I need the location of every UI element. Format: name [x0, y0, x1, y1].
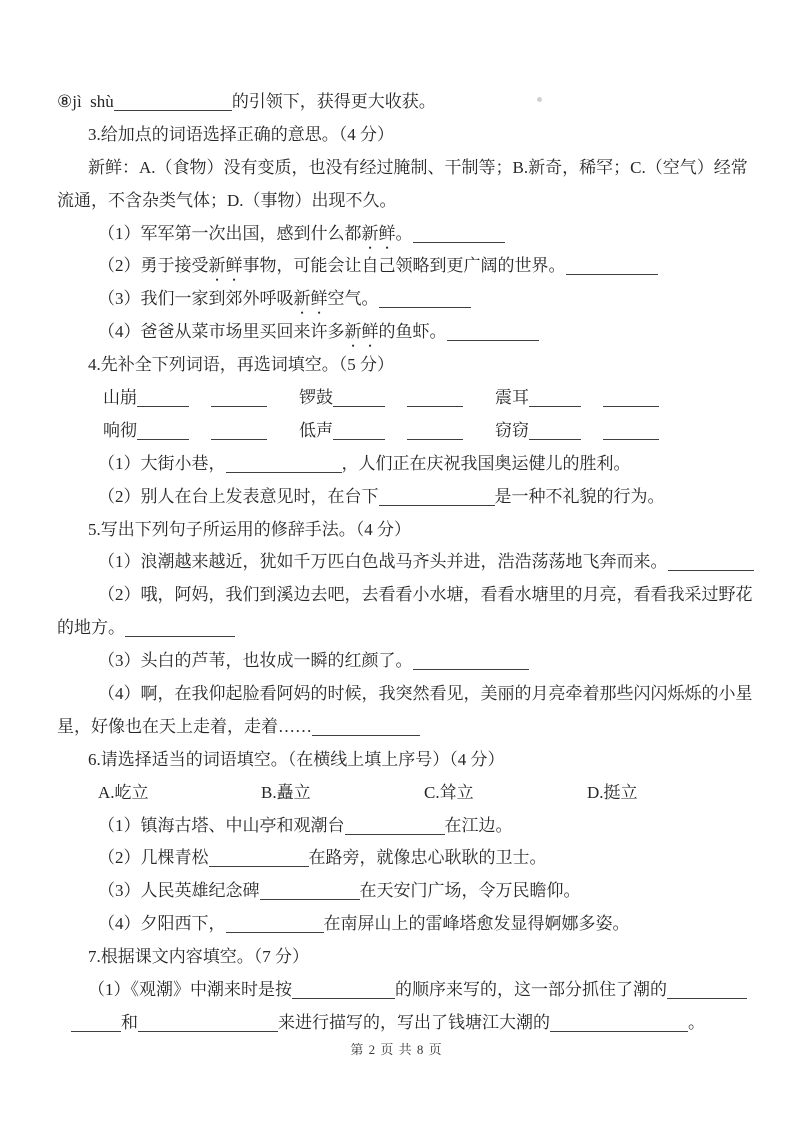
- answer-blank: [114, 108, 232, 111]
- answer-blank: [137, 437, 189, 440]
- q7-line2-mid1: 和: [121, 1013, 138, 1032]
- q5-item-3-text: （3）头白的芦苇，也妆成一瞬的红颜了。: [98, 651, 413, 670]
- q4-stem: 锣鼓: [299, 388, 333, 407]
- q7-line1-pre: （1）《观潮》中潮来时是按: [88, 980, 292, 999]
- q3-item-3: （3）我们一家到郊外呼吸新鲜空气。: [57, 283, 741, 316]
- answer-blank: [529, 404, 581, 407]
- q4-stem: 低声: [299, 421, 333, 440]
- q3-item-4-dotted-word: 新鲜: [345, 322, 379, 341]
- q2-item8-post: 的引领下，获得更大收获。: [232, 92, 436, 111]
- q6-item-4: （4）夕阳西下，在南屏山上的雷峰塔愈发显得婀娜多姿。: [57, 908, 741, 941]
- answer-blank: [550, 1029, 688, 1032]
- q6-item-4-post: 在南屏山上的雷峰塔愈发显得婀娜多姿。: [324, 914, 630, 933]
- q7-line1-mid: 的顺序来写的，这一部分抓住了潮的: [395, 980, 667, 999]
- q6-item-2: （2）几棵青松在路旁，就像忠心耿耿的卫士。: [57, 842, 741, 875]
- answer-blank: [209, 864, 309, 867]
- answer-blank: [407, 404, 463, 407]
- q6-option-b: B.矗立: [261, 777, 424, 810]
- q4-item-2-pre: （2）别人在台上发表意见时，在台下: [98, 487, 379, 506]
- q3-item-2-dotted-word: 新鲜: [209, 256, 243, 275]
- answer-blank: [137, 404, 189, 407]
- q4-item-2: （2）别人在台上发表意见时，在台下是一种不礼貌的行为。: [57, 481, 741, 514]
- q6-item-4-pre: （4）夕阳西下，: [98, 914, 226, 933]
- answer-blank: [226, 470, 342, 473]
- answer-blank: [603, 437, 659, 440]
- answer-blank: [603, 404, 659, 407]
- answer-blank: [333, 437, 385, 440]
- q5-item-1-text: （1）浪潮越来越近，犹如千万匹白色战马齐头并进，浩浩荡荡地飞奔而来。: [98, 552, 668, 571]
- answer-blank: [211, 437, 267, 440]
- q3-item-2-post: 事物，可能会让自己领略到更广阔的世界。: [243, 256, 566, 275]
- q3-definition-line2: 流通，不含杂类气体；D.（事物）出现不久。: [57, 185, 741, 218]
- q3-item-3-dotted-word: 新鲜: [294, 289, 328, 308]
- q4-item-1-post: ，人们正在庆祝我国奥运健儿的胜利。: [342, 454, 631, 473]
- q3-title: 3.给加点的词语选择正确的意思。（4 分）: [57, 119, 741, 152]
- q4-stems-row1: 山崩锣鼓震耳: [57, 382, 741, 415]
- q4-stem-group: 锣鼓: [299, 382, 495, 415]
- q3-item-1-pre: （1）军军第一次出国，感到什么都: [98, 224, 362, 243]
- q2-item8-pre: ⑧jì shù: [57, 92, 114, 111]
- q4-stem: 窃窃: [495, 421, 529, 440]
- answer-blank: [260, 897, 360, 900]
- answer-blank: [413, 240, 505, 243]
- q6-option-a: A.屹立: [98, 777, 261, 810]
- q4-title: 4.先补全下列词语，再选词填空。（5 分）: [57, 349, 741, 382]
- answer-blank: [312, 733, 420, 736]
- q5-item-4-line2-text: 星，好像也在天上走着，走着……: [57, 717, 312, 736]
- answer-blank: [345, 832, 445, 835]
- q4-stem: 响彻: [103, 421, 137, 440]
- q7-line2-end: 。: [688, 1013, 705, 1032]
- q4-stem-group: 低声: [299, 415, 495, 448]
- q3-item-3-post: 空气。: [328, 289, 379, 308]
- q4-item-2-post: 是一种不礼貌的行为。: [495, 487, 665, 506]
- q5-item-2-line2: 的地方。: [57, 612, 741, 645]
- q5-item-4-line1: （4）啊，在我仰起脸看阿妈的时候，我突然看见，美丽的月亮牵着那些闪闪烁烁的小星: [57, 678, 741, 711]
- q3-item-2-pre: （2）勇于接受: [98, 256, 209, 275]
- q5-item-4-line2: 星，好像也在天上走着，走着……: [57, 711, 741, 744]
- answer-blank: [226, 930, 324, 933]
- q7-line2-mid2: 来进行描写的，写出了钱塘江大潮的: [278, 1013, 550, 1032]
- q3-item-4: （4）爸爸从菜市场里买回来许多新鲜的鱼虾。: [57, 316, 741, 349]
- q5-item-2-line2-text: 的地方。: [57, 618, 125, 637]
- q4-stem-group: 窃窃: [495, 415, 691, 448]
- q4-stem: 山崩: [103, 388, 137, 407]
- q3-definition-line1: 新鲜：A.（食物）没有变质，也没有经过腌制、干制等；B.新奇，稀罕；C.（空气）…: [57, 152, 741, 185]
- q4-stem-group: 震耳: [495, 382, 691, 415]
- answer-blank: [71, 1029, 121, 1032]
- q6-item-3: （3）人民英雄纪念碑在天安门广场，令万民瞻仰。: [57, 875, 741, 908]
- q4-item-1-pre: （1）大街小巷，: [98, 454, 226, 473]
- q7-item-1-line1: （1）《观潮》中潮来时是按的顺序来写的，这一部分抓住了潮的: [57, 974, 741, 1007]
- q5-item-2-line1: （2）哦，阿妈，我们到溪边去吧，去看看小水塘，看看水塘里的月亮，看看我采过野花: [57, 579, 741, 612]
- q4-stems-row2: 响彻低声窃窃: [57, 415, 741, 448]
- q6-item-2-pre: （2）几棵青松: [98, 848, 209, 867]
- answer-blank: [333, 404, 385, 407]
- q6-item-2-post: 在路旁，就像忠心耿耿的卫士。: [309, 848, 547, 867]
- q6-option-d: D.挺立: [587, 783, 638, 802]
- q3-item-1: （1）军军第一次出国，感到什么都新鲜。: [57, 218, 741, 251]
- exam-paper-page: ⑧jì shù的引领下，获得更大收获。 3.给加点的词语选择正确的意思。（4 分…: [0, 0, 793, 1122]
- answer-blank: [138, 1029, 278, 1032]
- answer-blank: [125, 634, 235, 637]
- q5-title: 5.写出下列句子所运用的修辞手法。（4 分）: [57, 514, 741, 547]
- answer-blank: [211, 404, 267, 407]
- q7-title: 7.根据课文内容填空。（7 分）: [57, 941, 741, 974]
- page-footer: 第 2 页 共 8 页: [0, 1039, 793, 1058]
- q6-item-3-pre: （3）人民英雄纪念碑: [98, 881, 260, 900]
- answer-blank: [379, 503, 495, 506]
- q4-item-1: （1）大街小巷，，人们正在庆祝我国奥运健儿的胜利。: [57, 448, 741, 481]
- q6-title: 6.请选择适当的词语填空。（在横线上填上序号）（4 分）: [57, 744, 741, 777]
- q3-item-4-pre: （4）爸爸从菜市场里买回来许多: [98, 322, 345, 341]
- q6-item-3-post: 在天安门广场，令万民瞻仰。: [360, 881, 581, 900]
- answer-blank: [529, 437, 581, 440]
- q3-item-3-pre: （3）我们一家到郊外呼吸: [98, 289, 294, 308]
- q6-item-1: （1）镇海古塔、中山亭和观潮台在江边。: [57, 810, 741, 843]
- q3-item-4-post: 的鱼虾。: [379, 322, 447, 341]
- q6-options-row: A.屹立B.矗立C.耸立D.挺立: [57, 777, 741, 810]
- q3-item-1-post: 。: [396, 224, 413, 243]
- answer-blank: [292, 996, 395, 999]
- q5-item-1: （1）浪潮越来越近，犹如千万匹白色战马齐头并进，浩浩荡荡地飞奔而来。: [57, 546, 741, 579]
- q7-item-1-line2: 和来进行描写的，写出了钱塘江大潮的。: [57, 1007, 741, 1040]
- q4-stem-group: 响彻: [103, 415, 299, 448]
- q4-stem: 震耳: [495, 388, 529, 407]
- q3-item-1-dotted-word: 新鲜: [362, 224, 396, 243]
- answer-blank: [668, 568, 754, 571]
- q6-item-1-pre: （1）镇海古塔、中山亭和观潮台: [98, 816, 345, 835]
- q2-item8-line: ⑧jì shù的引领下，获得更大收获。: [57, 86, 741, 119]
- answer-blank: [447, 338, 539, 341]
- answer-blank: [407, 437, 463, 440]
- q6-item-1-post: 在江边。: [445, 816, 513, 835]
- answer-blank: [566, 272, 658, 275]
- q6-option-c: C.耸立: [424, 777, 587, 810]
- answer-blank: [667, 996, 747, 999]
- document-body: ⑧jì shù的引领下，获得更大收获。 3.给加点的词语选择正确的意思。（4 分…: [57, 86, 741, 1040]
- answer-blank: [413, 667, 529, 670]
- q5-item-3: （3）头白的芦苇，也妆成一瞬的红颜了。: [57, 645, 741, 678]
- answer-blank: [379, 305, 471, 308]
- q3-item-2: （2）勇于接受新鲜事物，可能会让自己领略到更广阔的世界。: [57, 250, 741, 283]
- q4-stem-group: 山崩: [103, 382, 299, 415]
